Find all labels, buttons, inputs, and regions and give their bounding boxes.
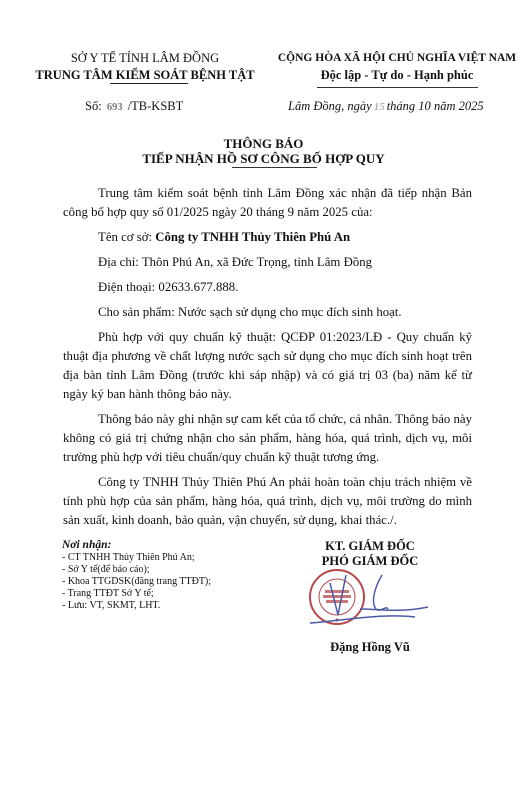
document-title: THÔNG BÁO (0, 136, 527, 152)
recipient-item: - Khoa TTGDSK(đăng trang TTĐT); (62, 576, 211, 588)
signer-name: Đặng Hồng Vũ (300, 640, 440, 655)
doc-number-suffix: /TB-KSBT (128, 99, 184, 113)
agency-name: TRUNG TÂM KIỂM SOÁT BỆNH TẬT (20, 67, 270, 84)
date-year: năm 2025 (434, 99, 484, 113)
recipients-block: Nơi nhận: - CT TNHH Thủy Thiên Phú An; -… (62, 539, 211, 612)
ministry-name: SỞ Y TẾ TỈNH LÂM ĐỒNG (20, 50, 270, 67)
notice-paragraph: Thông báo này ghi nhận sự cam kết của tổ… (63, 410, 472, 467)
recipient-item: - Trang TTĐT Sở Y tế; (62, 588, 211, 600)
address-line: Địa chỉ: Thôn Phú An, xã Đức Trọng, tỉnh… (63, 253, 472, 272)
date-month: tháng 10 (387, 99, 431, 113)
document-subtitle: TIẾP NHẬN HỒ SƠ CÔNG BỐ HỢP QUY (0, 151, 527, 167)
doc-number-value: 693 (107, 102, 123, 113)
date-place: Lâm Đồng, (288, 99, 344, 113)
product-line: Cho sản phẩm: Nước sạch sử dụng cho mục … (63, 303, 472, 322)
recipients-title: Nơi nhận: (62, 539, 211, 552)
facility-line: Tên cơ sở: Công ty TNHH Thủy Thiên Phú A… (63, 228, 472, 247)
official-stamp-icon (310, 570, 364, 624)
document-number: Số: 693 /TB-KSBT (85, 99, 183, 114)
recipient-item: - Sở Y tế(để báo cáo); (62, 564, 211, 576)
phone-line: Điện thoại: 02633.677.888. (63, 278, 472, 297)
document-body: Trung tâm kiểm soát bệnh tỉnh Lâm Đồng x… (63, 184, 472, 530)
national-motto: Độc lập - Tự do - Hạnh phúc (272, 67, 522, 84)
doc-number-prefix: Số: (85, 99, 102, 113)
facility-label: Tên cơ sở: (98, 230, 152, 244)
document-date: Lâm Đồng, ngày15tháng 10 năm 2025 (288, 99, 484, 114)
header-left-underline (110, 83, 188, 84)
conformity-paragraph: Phù hợp với quy chuẩn kỹ thuật: QCĐP 01:… (63, 328, 472, 404)
facility-name: Công ty TNHH Thủy Thiên Phú An (155, 230, 350, 244)
title-underline (232, 167, 317, 168)
header-left: SỞ Y TẾ TỈNH LÂM ĐỒNG TRUNG TÂM KIỂM SOÁ… (20, 50, 270, 84)
intro-paragraph: Trung tâm kiểm soát bệnh tỉnh Lâm Đồng x… (63, 184, 472, 222)
recipient-item: - CT TNHH Thủy Thiên Phú An; (62, 552, 211, 564)
signature-title: KT. GIÁM ĐỐC (300, 539, 440, 554)
nation-name: CỘNG HÒA XÃ HỘI CHỦ NGHĨA VIỆT NAM (272, 50, 522, 67)
header-right-underline (317, 87, 478, 88)
responsibility-paragraph: Công ty TNHH Thủy Thiên Phú An phải hoàn… (63, 473, 472, 530)
recipient-item: - Lưu: VT, SKMT, LHT. (62, 600, 211, 612)
date-day: 15 (374, 101, 385, 113)
stamp-and-signature (300, 565, 440, 635)
date-day-label: ngày (347, 99, 371, 113)
header-right: CỘNG HÒA XÃ HỘI CHỦ NGHĨA VIỆT NAM Độc l… (272, 50, 522, 84)
handwritten-signature-icon (310, 575, 428, 623)
